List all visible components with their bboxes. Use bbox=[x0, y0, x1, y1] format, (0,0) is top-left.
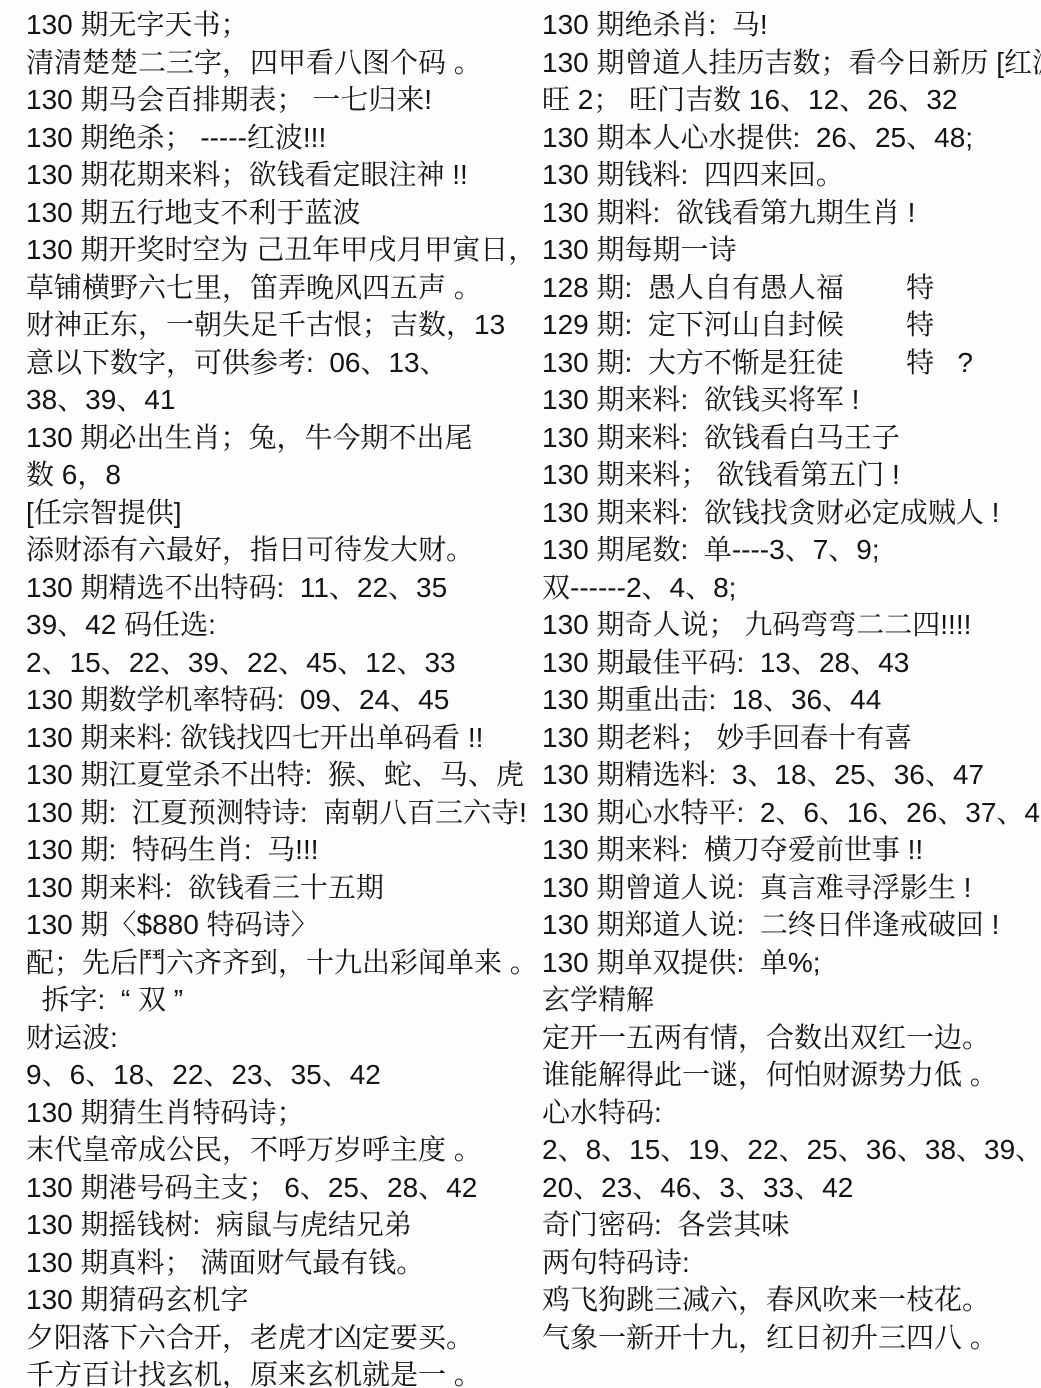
text-line: 130 期摇钱树: 病鼠与虎结兄弟 bbox=[26, 1206, 532, 1244]
text-line: 130 期郑道人说: 二终日伴逢戒破回 ! bbox=[542, 906, 1038, 944]
text-line: 9、6、18、22、23、35、42 bbox=[26, 1056, 532, 1094]
text-line: 130 期: 大方不惭是狂徒 特 ? bbox=[542, 344, 1038, 382]
text-line: 清清楚楚二三字，四甲看八图个码 。 bbox=[26, 44, 532, 82]
text-line: 38、39、41 bbox=[26, 381, 532, 419]
text-line: 财神正东，一朝失足千古恨；吉数，13 bbox=[26, 306, 532, 344]
text-line: 数 6，8 bbox=[26, 456, 532, 494]
text-line: 意以下数字，可供参考: 06、13、 bbox=[26, 344, 532, 382]
text-line: 130 期数学机率特码: 09、24、45 bbox=[26, 681, 532, 719]
text-line: 130 期最佳平码: 13、28、43 bbox=[542, 644, 1038, 682]
text-line: 130 期奇人说； 九码弯弯二二四!!!! bbox=[542, 606, 1038, 644]
text-line: 130 期钱料: 四四来回。 bbox=[542, 156, 1038, 194]
text-line: 130 期真料； 满面财气最有钱。 bbox=[26, 1244, 532, 1282]
text-line: 添财添有六最好，指日可待发大财。 bbox=[26, 531, 532, 569]
text-line: 130 期老料； 妙手回春十有喜 bbox=[542, 719, 1038, 757]
text-line: 20、23、46、3、33、42 bbox=[542, 1169, 1038, 1207]
text-line: 130 期: 江夏预测特诗: 南朝八百三六寺! bbox=[26, 794, 532, 832]
text-line: 千方百计找玄机，原来玄机就是一 。 bbox=[26, 1356, 532, 1388]
text-line: 130 期绝杀肖: 马! bbox=[542, 6, 1038, 44]
text-line: 39、42 码任选: bbox=[26, 606, 532, 644]
text-line: 鸡飞狗跳三减六，春风吹来一枝花。 bbox=[542, 1281, 1038, 1319]
text-line: 130 期尾数: 单----3、7、9; bbox=[542, 531, 1038, 569]
text-line: 双------2、4、8; bbox=[542, 569, 1038, 607]
text-line: 夕阳落下六合开，老虎才凶定要买。 bbox=[26, 1319, 532, 1357]
text-line: 130 期本人心水提供: 26、25、48; bbox=[542, 119, 1038, 157]
text-line: 末代皇帝成公民，不呼万岁呼主度 。 bbox=[26, 1131, 532, 1169]
left-text-column: 130 期无字天书；清清楚楚二三字，四甲看八图个码 。130 期马会百排期表； … bbox=[26, 6, 532, 1388]
text-line: 草铺横野六七里，笛弄晚风四五声 。 bbox=[26, 269, 532, 307]
text-line: 拆字: “ 双 ” bbox=[26, 981, 532, 1019]
text-line: 玄学精解 bbox=[542, 981, 1038, 1019]
text-line: 谁能解得此一谜，何怕财源势力低 。 bbox=[542, 1056, 1038, 1094]
text-line: 130 期精选不出特码: 11、22、35 bbox=[26, 569, 532, 607]
text-line: 130 期来料: 欲钱看白马王子 bbox=[542, 419, 1038, 457]
text-line: 两句特码诗: bbox=[542, 1244, 1038, 1282]
text-line: 130 期花期来料；欲钱看定眼注神 !! bbox=[26, 156, 532, 194]
text-line: 130 期必出生肖；兔，牛今期不出尾 bbox=[26, 419, 532, 457]
text-line: 130 期来料: 欲钱看三十五期 bbox=[26, 869, 532, 907]
text-line: 配；先后鬥六齐齐到，十九出彩闻单来 。 bbox=[26, 944, 532, 982]
text-line: 130 期猜生肖特码诗； bbox=[26, 1094, 532, 1132]
text-line: 129 期: 定下河山自封候 特 bbox=[542, 306, 1038, 344]
text-line: 130 期重出击: 18、36、44 bbox=[542, 681, 1038, 719]
text-line: [任宗智提供] bbox=[26, 494, 532, 532]
text-line: 130 期每期一诗 bbox=[542, 231, 1038, 269]
text-line: 2、8、15、19、22、25、36、38、39、 bbox=[542, 1131, 1038, 1169]
text-line: 128 期: 愚人自有愚人福 特 bbox=[542, 269, 1038, 307]
text-line: 心水特码: bbox=[542, 1094, 1038, 1132]
right-text-column: 130 期绝杀肖: 马!130 期曾道人挂历吉数；看今日新历 [红波旺 2； 旺… bbox=[542, 6, 1038, 1356]
text-line: 130 期单双提供: 单%; bbox=[542, 944, 1038, 982]
text-line: 2、15、22、39、22、45、12、33 bbox=[26, 644, 532, 682]
text-line: 130 期料: 欲钱看第九期生肖 ! bbox=[542, 194, 1038, 232]
text-line: 130 期无字天书； bbox=[26, 6, 532, 44]
text-line: 130 期马会百排期表； 一七归来! bbox=[26, 81, 532, 119]
text-line: 财运波: bbox=[26, 1019, 532, 1057]
text-line: 130 期来料: 横刀夺爱前世事 !! bbox=[542, 831, 1038, 869]
text-line: 130 期猜码玄机字 bbox=[26, 1281, 532, 1319]
text-line: 130 期江夏堂杀不出特: 猴、蛇、马、虎 bbox=[26, 756, 532, 794]
text-line: 旺 2； 旺门吉数 16、12、26、32 bbox=[542, 81, 1038, 119]
text-line: 奇门密码: 各尝其味 bbox=[542, 1206, 1038, 1244]
text-line: 130 期〈$880 特码诗〉 bbox=[26, 906, 532, 944]
text-line: 定开一五两有情，合数出双红一边。 bbox=[542, 1019, 1038, 1057]
text-line: 130 期曾道人说: 真言难寻浮影生 ! bbox=[542, 869, 1038, 907]
text-line: 130 期五行地支不利于蓝波 bbox=[26, 194, 532, 232]
lottery-tips-page: 130 期无字天书；清清楚楚二三字，四甲看八图个码 。130 期马会百排期表； … bbox=[0, 0, 1041, 1388]
text-line: 130 期绝杀； -----红波!!! bbox=[26, 119, 532, 157]
text-line: 130 期开奖时空为 己丑年甲戌月甲寅日， bbox=[26, 231, 532, 269]
text-line: 130 期来料； 欲钱看第五门 ! bbox=[542, 456, 1038, 494]
text-line: 130 期心水特平: 2、6、16、26、37、48。 bbox=[542, 794, 1038, 832]
text-line: 130 期港号码主支； 6、25、28、42 bbox=[26, 1169, 532, 1207]
text-line: 130 期曾道人挂历吉数；看今日新历 [红波 bbox=[542, 44, 1038, 82]
text-line: 气象一新开十九，红日初升三四八 。 bbox=[542, 1319, 1038, 1357]
text-line: 130 期精选料: 3、18、25、36、47 bbox=[542, 756, 1038, 794]
text-line: 130 期来料: 欲钱找四七开出单码看 !! bbox=[26, 719, 532, 757]
text-line: 130 期: 特码生肖: 马!!! bbox=[26, 831, 532, 869]
text-line: 130 期来料: 欲钱找贪财必定成贼人 ! bbox=[542, 494, 1038, 532]
text-line: 130 期来料: 欲钱买将军 ! bbox=[542, 381, 1038, 419]
